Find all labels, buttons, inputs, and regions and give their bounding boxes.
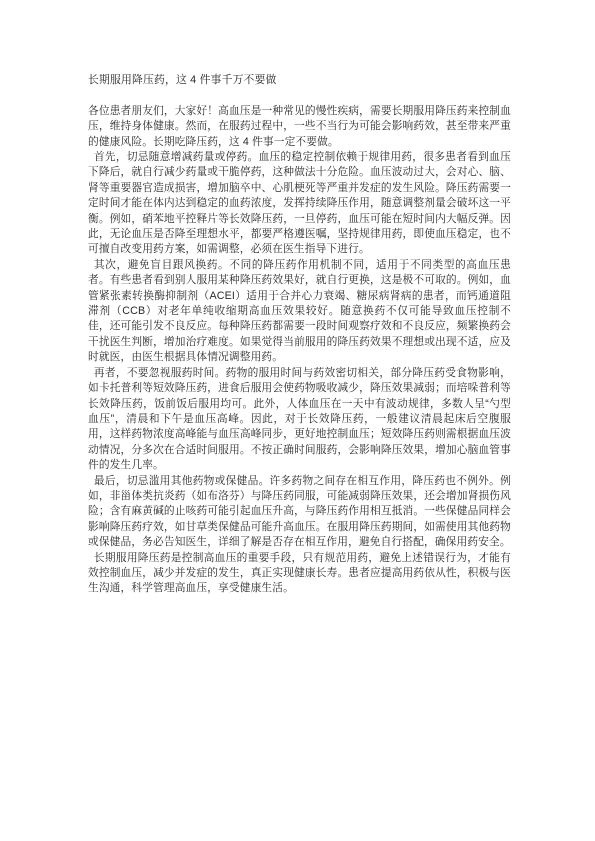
document-page: 长期服用降压药，这 4 件事千万不要做 各位患者朋友们，大家好！高血压是一种常见…	[0, 0, 595, 841]
paragraph-conclusion: 长期服用降压药是控制高血压的重要手段，只有规范用药，避免上述错误行为，才能有效控…	[88, 551, 511, 597]
paragraph-point-4: 最后，切忌滥用其他药物或保健品。许多药物之间存在相互作用，降压药也不例外。例如，…	[88, 474, 511, 551]
document-title: 长期服用降压药，这 4 件事千万不要做	[88, 73, 511, 88]
paragraph-intro: 各位患者朋友们，大家好！高血压是一种常见的慢性疾病，需要长期服用降压药来控制血压…	[88, 104, 511, 150]
paragraph-point-3: 再者，不要忽视服药时间。药物的服用时间与药效密切相关，部分降压药受食物影响，如卡…	[88, 366, 511, 474]
paragraph-point-2: 其次，避免盲目跟风换药。不同的降压药作用机制不同，适用于不同类型的高血压患者。有…	[88, 258, 511, 366]
paragraph-point-1: 首先，切忌随意增减药量或停药。血压的稳定控制依赖于规律用药，很多患者看到血压下降…	[88, 150, 511, 258]
